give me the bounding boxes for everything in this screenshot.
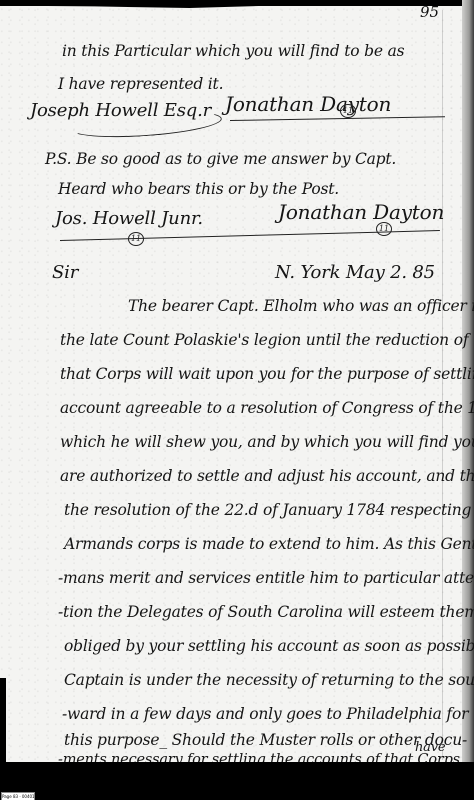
postscript-line-2: Heard who bears this or by the Post. — [58, 180, 339, 198]
body-line-2: the late Count Polaskie's legion until t… — [60, 331, 468, 349]
postscript-signature: Jonathan Dayton — [278, 200, 444, 224]
scan-left-shadow — [0, 678, 6, 768]
body-line-4: account agreeable to a resolution of Con… — [60, 399, 474, 417]
body-line-1: The bearer Capt. Elholm who was an offic… — [128, 297, 474, 315]
body-line-14: this purpose_ Should the Muster rolls or… — [64, 731, 467, 749]
body-line-9: -mans merit and services entitle him to … — [58, 569, 474, 587]
body-line-6: are authorized to settle and adjust his … — [60, 467, 474, 485]
body-line-12: Captain is under the necessity of return… — [64, 671, 474, 689]
closing-signature: Jonathan Dayton — [225, 92, 391, 116]
body-line-11: obliged by your settling his account as … — [64, 637, 474, 655]
body-line-3: that Corps will wait upon you for the pu… — [60, 365, 474, 383]
body-line-8: Armands corps is made to extend to him. … — [64, 535, 474, 553]
body-line-5: which he will shew you, and by which you… — [60, 433, 474, 451]
scan-bottom-margin — [0, 762, 474, 800]
letter-salutation: Sir — [52, 262, 78, 283]
closing-line-1: in this Particular which you will find t… — [62, 42, 404, 60]
body-line-13: -ward in a few days and only goes to Phi… — [62, 705, 468, 723]
closing-signature-mark: 11 — [340, 104, 356, 118]
postscript-line-1: P.S. Be so good as to give me answer by … — [45, 150, 396, 168]
page-label: Page 83 · 00401 — [1, 792, 35, 800]
postscript-signature-mark: 11 — [376, 222, 392, 236]
folio-number: 95 — [420, 3, 439, 21]
body-line-7: the resolution of the 22.d of January 17… — [64, 501, 474, 519]
body-line-10: -tion the Delegates of South Carolina wi… — [58, 603, 474, 621]
closing-line-2: I have represented it. — [58, 75, 223, 93]
letter-dateline: N. York May 2. 85 — [275, 262, 435, 283]
catchword: have — [415, 740, 445, 755]
postscript-addressee: Jos. Howell Junr. — [55, 208, 203, 229]
